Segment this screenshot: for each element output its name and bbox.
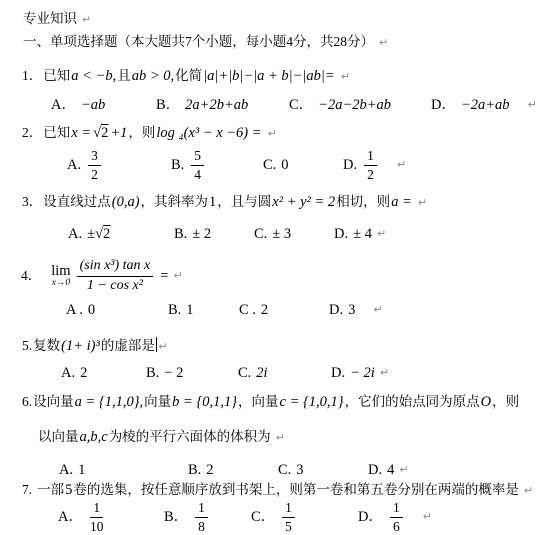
option-label: C． [251,507,275,527]
option-value: ± 4 [353,223,372,245]
stem-text: 设向量 [33,394,74,409]
radical-sign: √ [95,226,103,242]
fraction: 32 [88,148,101,182]
fraction-numerator: (sin x³) tan x [77,258,154,276]
stem-text: ，向量 [238,394,279,409]
option-a: A．110 [58,500,164,534]
fraction-numerator: 1 [90,500,103,518]
fraction-numerator: 1 [282,500,295,518]
stem-math: x² + y² = 2 [272,194,335,210]
option-label: D． [431,95,456,115]
sqrt-radical: √2 [93,125,108,141]
option-value: 2 [80,364,87,382]
stem-text: 设直线过点 [43,194,111,209]
option-label: A. [59,461,73,479]
option-a: A.±√2 [68,223,174,245]
fraction-denominator: 4 [194,166,201,183]
equals-sign: = [160,266,168,286]
page-title: 专业知识 [23,11,77,26]
fraction: 15 [282,500,295,534]
stem-text: 已知 [43,125,70,140]
option-label: A. [68,223,82,245]
fraction: 12 [364,148,377,182]
stem-math: c = {1,0,1} [280,394,344,410]
option-value: 2 [261,301,268,319]
option-label: B． [164,507,188,527]
stem-text: 已知 [43,68,70,83]
fraction-denominator: 2 [91,166,98,183]
option-c: C．−2a−2b+ab [289,95,431,115]
option-d: D．16↵ [358,500,432,534]
option-label: B. [168,301,181,319]
question-6-stem-line2: 以向量a,b,c为棱的平行六面体的体积为↵ [21,428,532,447]
option-value: 0 [88,301,95,319]
option-label: A. [61,364,75,382]
question-7-stem: 7.一部5卷的选集，按任意顺序放到书架上，则第一卷和第五卷分别在两端的概率是↵ [21,481,532,500]
stem-math: log ₄(x³ − x −6) = [156,125,261,141]
option-b: B.− 2 [146,364,238,382]
stem-text: 为棱的平行六面体的体积为 [109,429,271,444]
pilcrow-icon: ↵ [268,127,277,140]
fraction-denominator: 1 − cos x² [87,277,143,294]
lim-subscript: x→0 [52,279,70,289]
stem-text: 卷的选集，按任意顺序放到书架上，则第一卷和第五卷分别在两端的概率是 [73,482,519,497]
option-value: − 2 [164,364,183,382]
fraction: 110 [90,500,104,534]
pilcrow-icon: ↵ [377,223,386,245]
option-label: D. [368,461,382,479]
option-label: C . [239,301,256,319]
pilcrow-icon: ↵ [173,266,182,286]
option-value: 0 [281,155,288,175]
stem-math: (0,a) [112,194,140,210]
option-value: −2a+ab [461,95,510,115]
stem-text: 的虚部是 [101,338,155,353]
limit-operator: limx→0 [51,264,70,289]
stem-math: +1 [110,125,127,141]
stem-text: 相切，则 [336,194,390,209]
option-a: A.1 [59,461,188,479]
stem-math: a = [391,194,412,210]
pilcrow-icon: ↵ [82,13,91,26]
doc-title-line: 专业知识↵ [23,10,532,29]
pilcrow-icon: ↵ [379,36,388,49]
option-value: 2a+2b+ab [185,95,248,115]
question-1-options: A．−ab B．2a+2b+ab C．−2a−2b+ab D．−2a+ab↵ [21,95,532,115]
fraction-denominator: 6 [393,518,400,535]
stem-math: O [481,394,491,410]
question-2-options: A.32 B.54 C.0 D.12↵ [21,148,532,182]
option-label: D. [343,155,357,175]
option-b: B．2a+2b+ab [156,95,289,115]
option-label: A． [58,507,83,527]
option-b: B．18 [164,500,251,534]
option-value: −2a−2b+ab [318,95,391,115]
pilcrow-icon: ↵ [423,507,432,527]
fraction-denominator: 2 [367,166,374,183]
question-4-options: A .0 B.1 C .2 D.3↵ [21,301,532,319]
option-label: D. [334,223,348,245]
stem-math: a = {1,1,0}, [75,394,144,410]
stem-text: ，且与圆 [217,194,271,209]
stem-text: 向量 [144,394,171,409]
stem-math: (1+ i)³ [61,338,100,354]
pilcrow-icon: ↵ [380,364,389,382]
stem-math: x = [71,125,91,141]
question-number: 3． [22,194,42,209]
option-c: C.2i [238,364,331,382]
option-c: C.± 3 [254,223,334,245]
stem-math: a < −b, [71,68,116,84]
option-value: ± 3 [272,223,291,245]
fraction-numerator: 3 [88,148,101,166]
fraction: 16 [390,500,403,534]
option-label: B. [146,364,159,382]
stem-text: 复数 [33,338,60,353]
option-d: D．−2a+ab↵ [431,95,536,115]
option-label: A. [67,155,81,175]
option-label: A． [51,95,76,115]
pilcrow-icon: ↵ [418,196,427,209]
lim-text: lim [51,264,70,279]
radicand: 2 [103,226,110,242]
fraction-numerator: 1 [195,500,208,518]
question-6-stem-line1: 6.设向量a = {1,1,0},向量b = {0,1,1}，向量c = {1,… [21,392,532,412]
option-label: D. [329,301,343,319]
stem-text: ，则 [128,125,155,140]
pilcrow-icon: ↵ [276,431,285,444]
option-value: 3 [296,461,303,479]
option-label: C. [254,223,267,245]
radicand: 2 [101,125,108,141]
stem-text: ，则 [492,394,519,409]
stem-text: ，其斜率为 [141,194,209,209]
fraction: 54 [191,148,204,182]
question-number: 5. [22,338,32,353]
fraction-numerator: 1 [390,500,403,518]
option-value: ± 2 [192,223,211,245]
radical-sign: √ [93,125,101,141]
option-c: C．15 [251,500,358,534]
question-number: 7. [22,482,32,497]
stem-math: b = {0,1,1} [172,394,237,410]
stem-math: ab > 0, [132,68,174,84]
question-2-stem: 2．已知x =√2+1，则log ₄(x³ − x −6) =↵ [21,123,532,144]
question-5-options: A.2 B.− 2 C.2i D.− 2i↵ [21,364,532,382]
option-a: A .0 [66,301,168,319]
option-d: D.4↵ [368,461,409,479]
pilcrow-icon: ↵ [399,461,408,479]
option-b: B.1 [168,301,239,319]
option-a: A.2 [61,364,146,382]
pilcrow-icon: ↵ [524,484,533,497]
question-7-options: A．110 B．18 C．15 D．16↵ [21,500,532,534]
pilcrow-icon: ↵ [528,95,536,115]
question-4-stem: 4． limx→0 (sin x³) tan x1 − cos x² = ↵ [21,255,532,297]
option-value: −ab [81,95,105,115]
option-value: 4 [387,461,394,479]
option-label: A . [66,301,83,319]
stem-text: 以向量 [38,429,79,444]
option-d: D.12↵ [343,148,406,182]
question-3-options: A.±√2 B.± 2 C.± 3 D.± 4↵ [21,223,532,245]
document-page: 专业知识↵ 一、单项选择题（本大题共7个小题，每小题4分，共28分）↵ 1．已知… [0,0,536,534]
question-number: 1． [22,68,42,83]
fraction-denominator: 8 [198,518,205,535]
stem-text: 化简 [175,68,202,83]
stem-number: 5 [65,482,72,498]
option-value: 2 [206,461,213,479]
option-label: D． [358,507,383,527]
question-3-stem: 3．设直线过点(0,a)，其斜率为1，且与圆x² + y² = 2相切，则a =… [21,192,532,213]
option-label: D. [331,364,345,382]
option-label: B. [171,155,184,175]
fraction-numerator: 1 [364,148,377,166]
question-number: 6. [22,394,32,409]
fraction: 18 [195,500,208,534]
sqrt-radical: √2 [95,223,110,245]
option-value: 1 [78,461,85,479]
pilcrow-icon: ↵ [158,340,167,353]
pilcrow-icon: ↵ [373,301,382,319]
fraction-numerator: 5 [191,148,204,166]
question-6-options: A.1 B.2 C.3 D.4↵ [21,461,532,479]
section-heading: 一、单项选择题（本大题共7个小题，每小题4分，共28分） [23,34,374,49]
option-label: B. [188,461,201,479]
pilcrow-icon: ↵ [397,155,406,175]
section-heading-line: 一、单项选择题（本大题共7个小题，每小题4分，共28分）↵ [23,33,532,52]
question-number: 4． [21,266,41,286]
fraction-denominator: 10 [90,518,104,535]
option-a: A．−ab [51,95,156,115]
stem-text: ，它们的始点同为原点 [345,394,480,409]
question-number: 2． [22,125,42,140]
stem-text: 且 [117,68,131,83]
plus-minus-sign: ± [87,223,95,245]
option-label: C. [263,155,276,175]
option-label: B． [156,95,180,115]
option-b: B.54 [171,148,263,182]
option-label: C． [289,95,313,115]
option-label: C. [278,461,291,479]
option-value: 1 [186,301,193,319]
stem-text: 一部 [37,482,64,497]
option-b: B.± 2 [174,223,254,245]
stem-math: |a|+|b|−|a + b|−|ab|= [203,68,335,84]
option-c: C .2 [239,301,329,319]
fraction: (sin x³) tan x1 − cos x² [77,258,154,293]
option-label: C. [238,364,251,382]
option-a: A.32 [67,148,171,182]
option-d: D.− 2i↵ [331,364,389,382]
option-b: B.2 [188,461,278,479]
option-value: 2i [256,364,267,382]
stem-math: a,b,c [80,429,108,445]
option-c: C.3 [278,461,368,479]
option-value: 3 [348,301,355,319]
option-label: B. [174,223,187,245]
fraction-denominator: 5 [285,518,292,535]
option-d: D.± 4↵ [334,223,386,245]
option-value: − 2i [350,364,375,382]
option-c: C.0 [263,155,343,175]
pilcrow-icon: ↵ [341,70,350,83]
stem-math: 1 [209,194,216,210]
question-5-stem: 5.复数(1+ i)³的虚部是↵ [21,335,532,358]
option-d: D.3↵ [329,301,383,319]
question-1-stem: 1．已知a < −b,且ab > 0,化简|a|+|b|−|a + b|−|ab… [21,66,532,87]
